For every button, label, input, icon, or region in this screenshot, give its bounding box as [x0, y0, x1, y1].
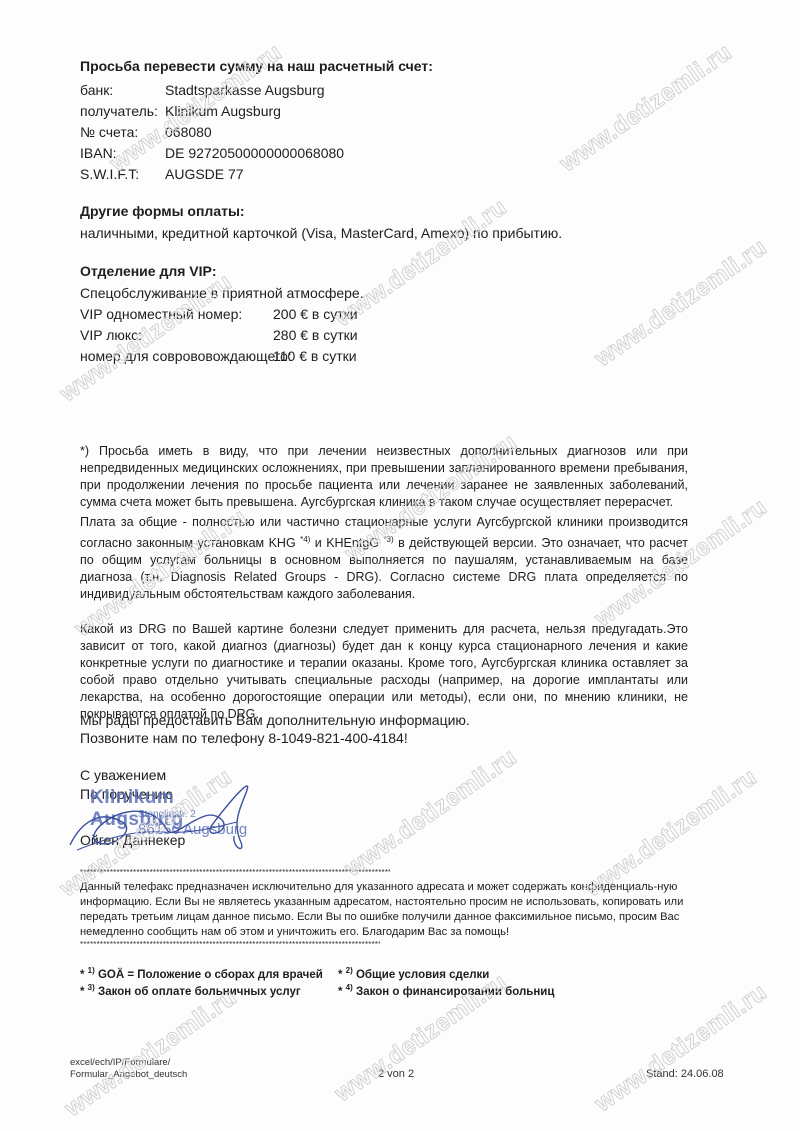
footnote-3: * 3) Закон об оплате больничных услуг	[80, 983, 301, 998]
bank-value: Stadtsparkasse Augsburg	[165, 82, 325, 98]
swift-value: AUGSDE 77	[165, 166, 244, 182]
separator-top: ****************************************…	[80, 868, 390, 877]
iban-value: DE 92720500000000068080	[165, 145, 344, 161]
vip-single-price: 200 € в сутки	[273, 306, 358, 322]
footnote-2: * 2) Общие условия сделки	[338, 966, 489, 981]
document-page: Просьба перевести сумму на наш расчетный…	[0, 0, 800, 1131]
separator-bottom: ****************************************…	[80, 940, 380, 949]
swift-label: S.W.I.F.T:	[80, 166, 139, 182]
note-2-part-b: и KHEntgG	[310, 536, 383, 550]
footnote-marker: *	[338, 969, 346, 981]
watermark: www.detizemli.ru	[555, 38, 737, 177]
footer-path-line-1: excel/ech/IP/Formulare/	[70, 1057, 170, 1068]
contact-line-2: Позвоните нам по телефону 8-1049-821-400…	[80, 730, 408, 746]
contact-line-1: Мы рады предоставить Вам дополнительную …	[80, 712, 470, 728]
iban-label: IBAN:	[80, 145, 117, 161]
companion-room-label: номер для соврововождающего:	[80, 348, 292, 364]
note-paragraph-1: *) Просьба иметь в виду, что при лечении…	[80, 443, 688, 511]
footnote-text: GOÄ = Положение о сборах для врачей	[95, 969, 323, 981]
watermark: www.detizemli.ru	[340, 743, 522, 882]
account-label: № счета:	[80, 124, 138, 140]
vip-heading: Отделение для VIP:	[80, 263, 217, 279]
fax-confidentiality-notice: Данный телефакс предназначен исключитель…	[80, 880, 700, 940]
vip-intro: Спецобслуживание в приятной атмосфере.	[80, 285, 364, 301]
handwritten-signature	[62, 770, 262, 860]
recipient-label: получатель:	[80, 103, 158, 119]
vip-lux-price: 280 € в сутки	[273, 327, 358, 343]
account-value: 068080	[165, 124, 212, 140]
footer-path-line-2: Formular_Angebot_deutsch	[70, 1069, 187, 1080]
footnote-number: 1)	[88, 966, 95, 975]
footnote-4: * 4) Закон о финансировании больниц	[338, 983, 554, 998]
footnote-ref-3: *3)	[383, 535, 393, 544]
note-paragraph-2: Плата за общие - полностью или частично …	[80, 514, 688, 603]
page-number: 2 von 2	[378, 1068, 414, 1080]
companion-room-price: 110 € в сутки	[273, 348, 357, 364]
payment-forms-text: наличными, кредитной карточкой (Visa, Ma…	[80, 225, 562, 241]
watermark: www.detizemli.ru	[590, 233, 772, 372]
footnote-ref-4: *4)	[300, 535, 310, 544]
footnote-marker: *	[80, 986, 88, 998]
watermark: www.detizemli.ru	[590, 978, 772, 1117]
footnote-1: * 1) GOÄ = Положение о сборах для врачей	[80, 966, 323, 981]
note-paragraph-3: Какой из DRG по Вашей картине болезни сл…	[80, 621, 688, 723]
footnote-marker: *	[338, 986, 346, 998]
footnote-text: Закон об оплате больничных услуг	[95, 986, 301, 998]
watermark: www.detizemli.ru	[60, 983, 242, 1122]
revision-date: Stand: 24.06.08	[646, 1068, 724, 1080]
footnote-text: Общие условия сделки	[353, 969, 490, 981]
footnote-number: 2)	[346, 966, 353, 975]
bank-details-heading: Просьба перевести сумму на наш расчетный…	[80, 58, 433, 74]
payment-forms-heading: Другие формы оплаты:	[80, 203, 245, 219]
bank-label: банк:	[80, 82, 113, 98]
vip-single-label: VIP одноместный номер:	[80, 306, 242, 322]
footnote-number: 3)	[88, 983, 95, 992]
footnote-text: Закон о финансировании больниц	[353, 986, 555, 998]
footnote-number: 4)	[346, 983, 353, 992]
recipient-value: Klinikum Augsburg	[165, 103, 281, 119]
vip-lux-label: VIP люкс:	[80, 327, 142, 343]
footnote-marker: *	[80, 969, 88, 981]
